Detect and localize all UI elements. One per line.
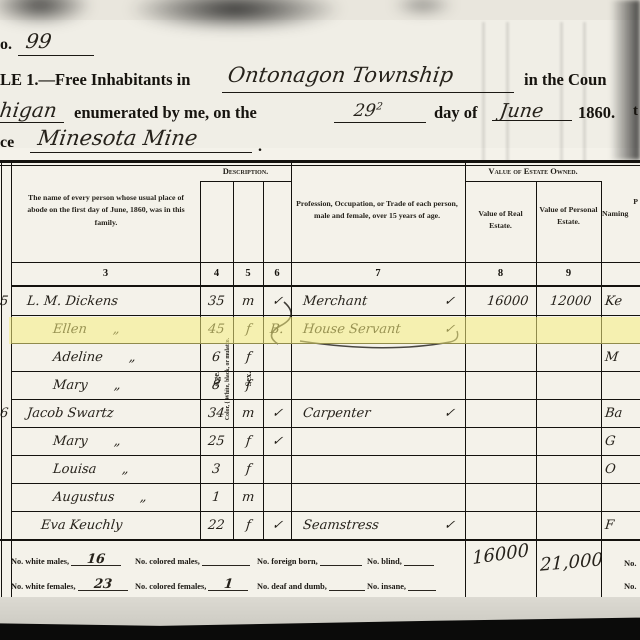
description-span-header: Description. [200,166,291,176]
ditto-mark: „ [122,462,130,477]
cell-age: 1 [200,483,233,511]
footer-stat-label: No. foreign born, [257,557,320,566]
enumerated-text: enumerated by me, on the [74,103,257,123]
cell-birthplace [601,315,640,343]
cell-birthplace: G [601,427,640,455]
column-line [601,181,602,614]
cell-real-estate: 16000 [465,287,536,315]
table-row: Louisa„3fO [0,455,640,483]
cell-name: Jacob Swartz [11,399,200,427]
column-number-4: 4 [200,263,233,285]
cell-birthplace: Ke [601,287,640,315]
cell-personal-estate [536,427,601,455]
title-suffix: in the Coun [524,70,607,90]
footer-stat: No. blind, [367,554,434,566]
cell-color: B. [263,315,291,343]
column-line [536,181,537,614]
underline [334,122,426,123]
check-mark: ✓ [443,518,455,533]
scan-smudge [378,0,468,20]
day-value: 292 [353,101,384,121]
cell-personal-estate [536,455,601,483]
schedule-title: LE 1.—Free Inhabitants in [0,70,190,90]
column-number-3: 3 [11,263,200,285]
day-of-text: day of [434,103,478,123]
fold-line [560,22,563,162]
footer-stat: No. white males, 16 [11,554,121,566]
row-rule [11,371,640,372]
cell-age: 6 [200,343,233,371]
footer-stat-label: No. deaf and dumb, [257,582,329,591]
ditto-mark: „ [113,378,121,393]
row-rule [11,455,640,456]
name-column-header: The name of every person whose usual pla… [22,192,190,229]
cell-name: L. M. Dickens [11,287,200,315]
row-rule [11,427,640,428]
table-row: Mary„8f [0,371,640,399]
census-scan-page: o. 99 LE 1.—Free Inhabitants in Ontonago… [0,0,640,640]
cell-real-estate [465,483,536,511]
table-row: Adeline„6fM [0,343,640,371]
cell-personal-estate [536,511,601,539]
cell-real-estate [465,427,536,455]
birthplace-header-fragment: Naming [602,208,638,220]
footer-stat-label: No. blind, [367,557,404,566]
cell-color: ✓ [263,427,291,455]
footer-stat: No. colored males, [135,554,250,566]
row-rule [11,483,640,484]
footer-stat: No. foreign born, [257,554,362,566]
ditto-mark: „ [140,490,148,505]
cell-real-estate [465,455,536,483]
cell-real-estate [465,371,536,399]
cell-birthplace: M [601,343,640,371]
year-text: 1860. [578,103,615,123]
footer-stat-blank [329,579,365,591]
cell-sex: m [233,399,263,427]
township-name: Ontonagon Township [226,63,455,87]
cell-color [263,455,291,483]
cell-birthplace: O [601,455,640,483]
table-row: 5L. M. Dickens35m✓Merchant✓1600012000Ke [0,287,640,315]
rule [200,181,291,182]
cell-occupation: Seamstress✓ [291,511,465,539]
column-line [1,160,2,614]
footer-stat-blank [404,554,434,566]
cell-real-estate [465,315,536,343]
birthplace-header-fragment: P [604,196,638,208]
page-number-prefix: o. [0,36,12,54]
cell-sex: m [233,287,263,315]
table-row: Ellen„45fB.House Servant✓ [0,315,640,343]
row-rule [11,343,640,344]
footer-stat-label: No. white females, [11,582,78,591]
cell-birthplace: Ba [601,399,640,427]
cell-personal-estate [536,483,601,511]
cell-age: 34 [200,399,233,427]
footer-line-1: No. white males, 16No. colored males, No… [11,554,465,572]
cell-occupation: Carpenter✓ [291,399,465,427]
scan-edge-shadow [610,0,640,160]
cell-name: Louisa„ [11,455,200,483]
footer-stat-value: 1 [223,577,234,592]
cell-occupation [291,371,465,399]
footer-stat-blank: 16 [71,554,121,566]
cell-sex: f [233,371,263,399]
cell-occupation [291,427,465,455]
rule [11,262,640,263]
column-number-7: 7 [291,263,465,285]
ditto-mark: „ [113,434,121,449]
cell-sex: f [233,455,263,483]
edge-fragment: No. [624,558,640,568]
underline [18,55,94,56]
column-line [200,181,201,540]
cell-sex: f [233,343,263,371]
edge-fragment: No. [624,581,640,591]
cell-birthplace [601,371,640,399]
occupation-column-header: Profession, Occupation, or Trade of each… [296,198,458,223]
column-number-8: 8 [465,263,536,285]
cell-real-estate [465,399,536,427]
cell-color: ✓ [263,287,291,315]
table-row: Mary„25f✓G [0,427,640,455]
month-value: June [498,100,544,122]
edge-fragment: t [633,103,638,120]
post-office-value: Minesota Mine [36,126,199,150]
row-rule [11,511,640,512]
footer-stat-label: No. colored females, [135,582,208,591]
fold-line [583,22,586,162]
footer-border-top [0,539,640,541]
underline [30,152,252,153]
cell-color [263,371,291,399]
footer-stat-value: 16 [86,552,106,567]
cell-color [263,343,291,371]
cell-age: 22 [200,511,233,539]
cell-occupation [291,455,465,483]
post-office-label-fragment: ce [0,134,14,152]
footer-stat: No. deaf and dumb, [257,579,365,591]
column-line [233,181,234,540]
cell-occupation: Merchant✓ [291,287,465,315]
footer-stat-blank: 1 [208,579,248,591]
rule [465,181,601,182]
row-rule [11,315,640,316]
footer-line-2: No. white females, 23No. colored females… [11,579,465,597]
cell-occupation [291,343,465,371]
cell-age: 3 [200,455,233,483]
row-rule [11,399,640,400]
check-mark: ✓ [443,294,455,309]
table-row: Augustus„1m [0,483,640,511]
check-mark: ✓ [443,406,455,421]
real-estate-column-header: Value of Real Estate. [467,208,534,233]
footer-stat: No. colored females, 1 [135,579,248,591]
cell-personal-estate [536,315,601,343]
cell-age: 35 [200,287,233,315]
footer-stat: No. insane, [367,579,436,591]
underline [0,122,64,123]
cell-age: 8 [200,371,233,399]
footer-stat-blank [320,554,362,566]
cell-birthplace: F [601,511,640,539]
footer-stat-blank [408,579,436,591]
estate-span-header: Value of Estate Owned. [465,166,601,176]
footer-stat-blank: 23 [78,579,128,591]
column-number-5: 5 [233,263,263,285]
cell-real-estate [465,511,536,539]
personal-estate-column-header: Value of Personal Estate. [538,204,599,229]
table-border-top [0,160,640,163]
cell-age: 25 [200,427,233,455]
cell-name: Eva Keuchly [11,511,200,539]
total-real-estate: 16000 [472,540,529,569]
footer-stat: No. white females, 23 [11,579,128,591]
footer-stat-label: No. colored males, [135,557,202,566]
column-line [291,160,292,540]
cell-birthplace [601,483,640,511]
table-border-top-inner [0,165,640,166]
total-personal-estate: 21,000 [540,549,603,576]
table-row: 6Jacob Swartz34m✓Carpenter✓Ba [0,399,640,427]
cell-name: Mary„ [11,371,200,399]
cell-name: Ellen„ [11,315,200,343]
ditto-mark: „ [128,350,136,365]
cell-sex: f [233,427,263,455]
cell-sex: m [233,483,263,511]
cell-personal-estate [536,343,601,371]
table-row: Eva Keuchly22f✓Seamstress✓F [0,511,640,539]
census-table: The name of every person whose usual pla… [0,160,640,616]
underline [492,120,572,121]
footer-stat-label: No. insane, [367,582,408,591]
footer-stat-value: 23 [93,577,113,592]
check-mark: ✓ [443,322,455,337]
cell-personal-estate [536,371,601,399]
state-name-fragment: higan [0,98,59,122]
cell-real-estate [465,343,536,371]
cell-color [263,483,291,511]
cell-sex: f [233,315,263,343]
column-line [465,160,466,614]
cell-personal-estate [536,399,601,427]
cell-name: Mary„ [11,427,200,455]
ditto-mark: „ [112,322,120,337]
footer-stat-blank [202,554,250,566]
cell-occupation: House Servant✓ [291,315,465,343]
column-number-6: 6 [263,263,291,285]
page-number-value: 99 [24,29,53,53]
column-line [263,181,264,540]
underline [222,92,514,93]
period: . [258,138,262,156]
rule [11,285,640,287]
column-number-9: 9 [536,263,601,285]
cell-name: Augustus„ [11,483,200,511]
cell-age: 45 [200,315,233,343]
cell-name: Adeline„ [11,343,200,371]
cell-color: ✓ [263,511,291,539]
cell-sex: f [233,511,263,539]
footer-stat-label: No. white males, [11,557,71,566]
column-line [11,160,12,614]
cell-personal-estate: 12000 [536,287,601,315]
cell-color: ✓ [263,399,291,427]
cell-occupation [291,483,465,511]
